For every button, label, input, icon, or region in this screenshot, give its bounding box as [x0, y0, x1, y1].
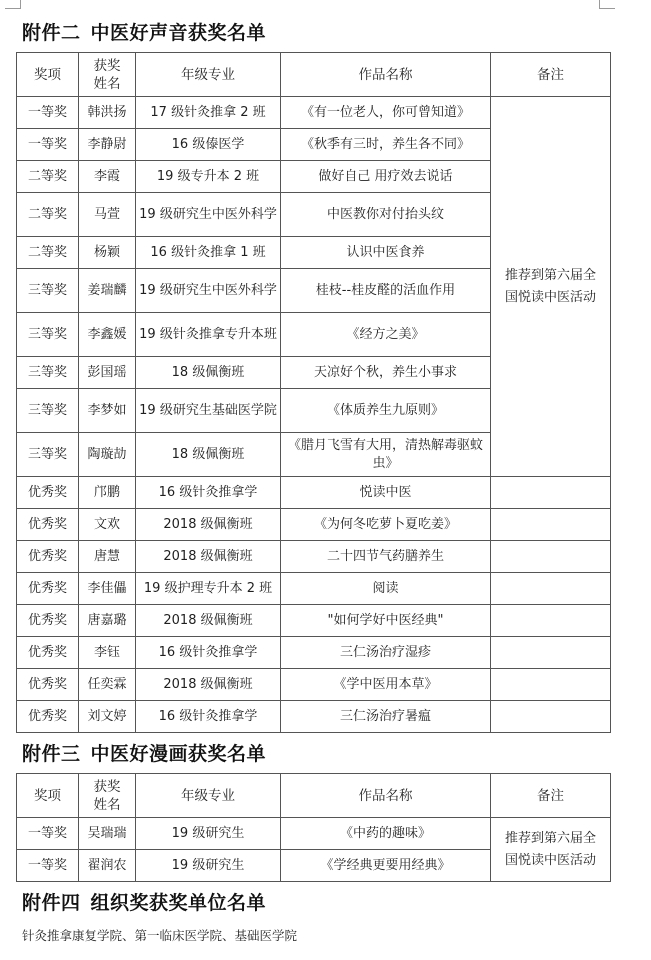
table-row: 优秀奖 任奕霖 2018 级佩衡班 《学中医用本草》: [17, 669, 611, 701]
cell-name: 李钰: [79, 637, 136, 669]
heading-title: 中医好漫画获奖名单: [91, 743, 267, 765]
cell-name: 任奕霖: [79, 669, 136, 701]
cell-name: 姜瑞麟: [79, 269, 136, 313]
cell-award: 一等奖: [17, 129, 79, 161]
cell-major: 17 级针灸推拿 2 班: [136, 97, 281, 129]
cell-award: 优秀奖: [17, 637, 79, 669]
cell-work: 认识中医食养: [281, 237, 491, 269]
cell-work: 中医教你对付抬头纹: [281, 193, 491, 237]
cell-major: 18 级佩衡班: [136, 433, 281, 477]
cell-work: 天凉好个秋，养生小事求: [281, 357, 491, 389]
cell-major: 18 级佩衡班: [136, 357, 281, 389]
cell-award: 优秀奖: [17, 541, 79, 573]
cell-work: 《腊月飞雪有大用，清热解毒驱蚊虫》: [281, 433, 491, 477]
cell-major: 16 级针灸推拿学: [136, 637, 281, 669]
column-header-award: 奖项: [17, 53, 79, 97]
cell-note-merged: 推荐到第六届全国悦读中医活动: [491, 818, 611, 882]
cell-award: 优秀奖: [17, 477, 79, 509]
cell-note: [491, 605, 611, 637]
cell-note: [491, 477, 611, 509]
column-header-work: 作品名称: [281, 774, 491, 818]
cell-work: "如何学好中医经典": [281, 605, 491, 637]
cell-major: 2018 级佩衡班: [136, 669, 281, 701]
section-heading-attachment-2: 附件二中医好声音获奖名单: [22, 18, 266, 45]
cell-major: 19 级研究生中医外科学: [136, 269, 281, 313]
heading-prefix: 附件二: [22, 22, 81, 44]
cell-award: 二等奖: [17, 193, 79, 237]
table-header-row: 奖项 获奖姓名 年级专业 作品名称 备注: [17, 774, 611, 818]
cell-work: 三仁汤治疗湿疹: [281, 637, 491, 669]
cell-major: 16 级针灸推拿 1 班: [136, 237, 281, 269]
table-row: 优秀奖 唐慧 2018 级佩衡班 二十四节气药膳养生: [17, 541, 611, 573]
heading-prefix: 附件四: [22, 892, 81, 914]
table-header-row: 奖项 获奖姓名 年级专业 作品名称 备注: [17, 53, 611, 97]
table-row: 优秀奖 邝鹏 16 级针灸推拿学 悦读中医: [17, 477, 611, 509]
cell-name: 彭国瑶: [79, 357, 136, 389]
cell-work: 《体质养生九原则》: [281, 389, 491, 433]
cell-major: 19 级研究生: [136, 818, 281, 850]
cell-work: 做好自己 用疗效去说话: [281, 161, 491, 193]
cell-work: 悦读中医: [281, 477, 491, 509]
cell-award: 一等奖: [17, 850, 79, 882]
table-row: 一等奖 吴瑞瑞 19 级研究生 《中药的趣味》 推荐到第六届全国悦读中医活动: [17, 818, 611, 850]
table-row: 优秀奖 刘文婷 16 级针灸推拿学 三仁汤治疗暑瘟: [17, 701, 611, 733]
cell-award: 三等奖: [17, 269, 79, 313]
organization-award-list: 针灸推拿康复学院、第一临床医学院、基础医学院: [22, 926, 297, 944]
cell-major: 19 级研究生: [136, 850, 281, 882]
cell-note: [491, 669, 611, 701]
heading-title: 组织奖获奖单位名单: [91, 892, 267, 914]
header-line: 姓名: [94, 797, 121, 813]
cell-note: [491, 541, 611, 573]
column-header-work: 作品名称: [281, 53, 491, 97]
cell-name: 李梦如: [79, 389, 136, 433]
cell-award: 一等奖: [17, 97, 79, 129]
cell-work: 三仁汤治疗暑瘟: [281, 701, 491, 733]
section-heading-attachment-3: 附件三中医好漫画获奖名单: [22, 739, 266, 766]
cell-note: [491, 573, 611, 605]
cell-work: 《学经典更要用经典》: [281, 850, 491, 882]
cell-work: 二十四节气药膳养生: [281, 541, 491, 573]
cell-work: 《经方之美》: [281, 313, 491, 357]
column-header-name: 获奖姓名: [79, 774, 136, 818]
cell-name: 吴瑞瑞: [79, 818, 136, 850]
cell-work: 《学中医用本草》: [281, 669, 491, 701]
cell-major: 2018 级佩衡班: [136, 509, 281, 541]
cell-note: [491, 637, 611, 669]
cell-award: 三等奖: [17, 389, 79, 433]
column-header-major: 年级专业: [136, 53, 281, 97]
table-row: 优秀奖 李佳儡 19 级护理专升本 2 班 阅读: [17, 573, 611, 605]
section-heading-attachment-4: 附件四组织奖获奖单位名单: [22, 888, 266, 915]
cell-work: 《为何冬吃萝卜夏吃姜》: [281, 509, 491, 541]
cell-name: 翟润农: [79, 850, 136, 882]
cell-major: 19 级研究生基础医学院: [136, 389, 281, 433]
cell-work: 桂枝--桂皮醛的活血作用: [281, 269, 491, 313]
cell-award: 优秀奖: [17, 509, 79, 541]
cell-award: 优秀奖: [17, 701, 79, 733]
cell-name: 文欢: [79, 509, 136, 541]
cell-name: 李霞: [79, 161, 136, 193]
cell-major: 19 级护理专升本 2 班: [136, 573, 281, 605]
cell-work: 《有一位老人，你可曾知道》: [281, 97, 491, 129]
table-row: 优秀奖 李钰 16 级针灸推拿学 三仁汤治疗湿疹: [17, 637, 611, 669]
award-table-comic: 奖项 获奖姓名 年级专业 作品名称 备注 一等奖 吴瑞瑞 19 级研究生 《中药…: [16, 773, 611, 882]
cell-name: 邝鹏: [79, 477, 136, 509]
column-header-note: 备注: [491, 53, 611, 97]
cell-major: 16 级针灸推拿学: [136, 701, 281, 733]
column-header-note: 备注: [491, 774, 611, 818]
cell-major: 19 级研究生中医外科学: [136, 193, 281, 237]
header-line: 获奖: [94, 58, 121, 74]
cell-name: 杨颖: [79, 237, 136, 269]
cell-name: 唐慧: [79, 541, 136, 573]
cell-award: 二等奖: [17, 161, 79, 193]
heading-title: 中医好声音获奖名单: [91, 22, 267, 44]
cell-work: 《中药的趣味》: [281, 818, 491, 850]
cell-name: 刘文婷: [79, 701, 136, 733]
table-row: 一等奖 韩洪扬 17 级针灸推拿 2 班 《有一位老人，你可曾知道》 推荐到第六…: [17, 97, 611, 129]
cell-award: 三等奖: [17, 357, 79, 389]
heading-prefix: 附件三: [22, 743, 81, 765]
page-corner-mark-left: [5, 0, 21, 9]
cell-major: 2018 级佩衡班: [136, 541, 281, 573]
cell-major: 16 级傣医学: [136, 129, 281, 161]
header-line: 获奖: [94, 779, 121, 795]
cell-major: 19 级针灸推拿专升本班: [136, 313, 281, 357]
cell-work: 《秋季有三时，养生各不同》: [281, 129, 491, 161]
cell-award: 优秀奖: [17, 669, 79, 701]
cell-award: 二等奖: [17, 237, 79, 269]
cell-major: 19 级专升本 2 班: [136, 161, 281, 193]
cell-name: 李静尉: [79, 129, 136, 161]
cell-major: 2018 级佩衡班: [136, 605, 281, 637]
cell-award: 优秀奖: [17, 605, 79, 637]
cell-name: 陶璇劼: [79, 433, 136, 477]
cell-name: 韩洪扬: [79, 97, 136, 129]
cell-award: 三等奖: [17, 313, 79, 357]
cell-name: 李鑫媛: [79, 313, 136, 357]
cell-note: [491, 509, 611, 541]
column-header-award: 奖项: [17, 774, 79, 818]
column-header-major: 年级专业: [136, 774, 281, 818]
cell-note-merged: 推荐到第六届全国悦读中医活动: [491, 97, 611, 477]
page-corner-mark-right: [599, 0, 615, 9]
cell-major: 16 级针灸推拿学: [136, 477, 281, 509]
cell-name: 唐嘉璐: [79, 605, 136, 637]
cell-award: 三等奖: [17, 433, 79, 477]
cell-note: [491, 701, 611, 733]
award-table-voice: 奖项 获奖姓名 年级专业 作品名称 备注 一等奖 韩洪扬 17 级针灸推拿 2 …: [16, 52, 611, 733]
table-row: 优秀奖 唐嘉璐 2018 级佩衡班 "如何学好中医经典": [17, 605, 611, 637]
cell-name: 马萱: [79, 193, 136, 237]
cell-award: 优秀奖: [17, 573, 79, 605]
cell-name: 李佳儡: [79, 573, 136, 605]
header-line: 姓名: [94, 76, 121, 92]
table-row: 优秀奖 文欢 2018 级佩衡班 《为何冬吃萝卜夏吃姜》: [17, 509, 611, 541]
column-header-name: 获奖姓名: [79, 53, 136, 97]
cell-work: 阅读: [281, 573, 491, 605]
cell-award: 一等奖: [17, 818, 79, 850]
